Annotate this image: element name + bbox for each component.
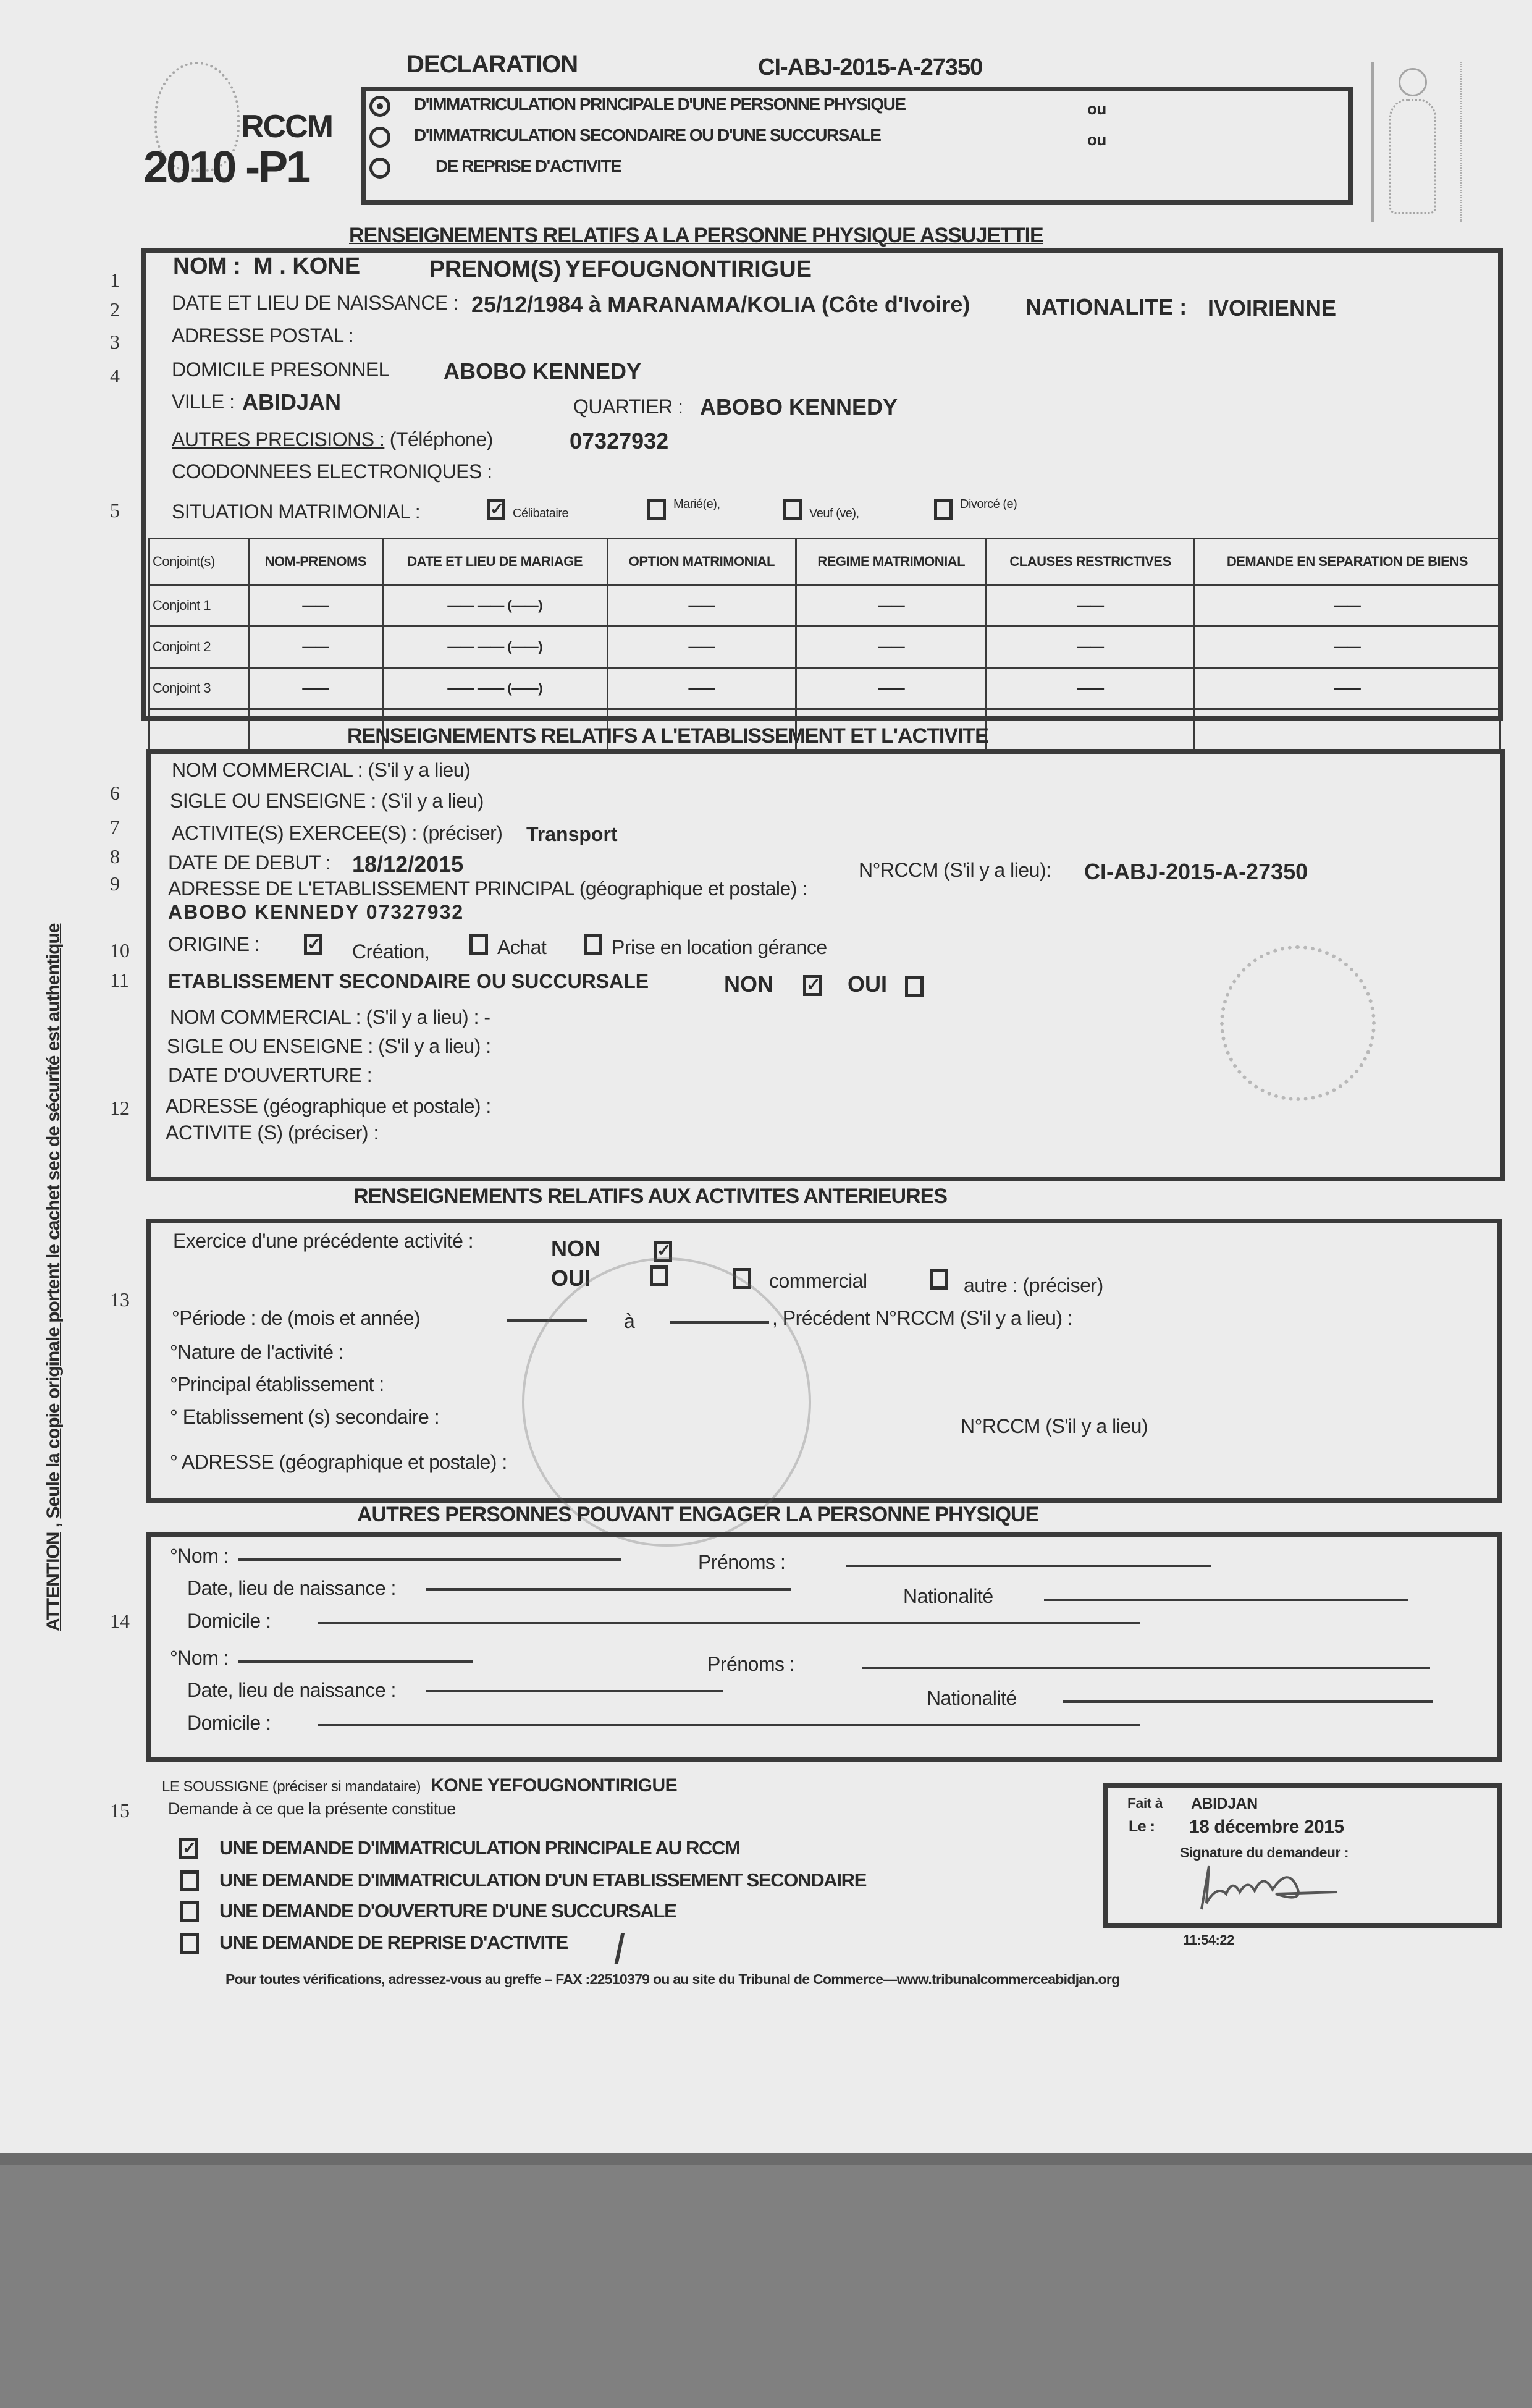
form-code-number: 2010 -P1 [143,142,309,193]
le-label: Le : [1129,1818,1155,1836]
table-cell[interactable]: —— [1194,585,1500,627]
telephone-value: 07327932 [570,428,668,454]
timestamp: 11:54:22 [1183,1932,1234,1948]
table-cell[interactable]: —— —— (——) [382,668,607,709]
sigle-label: SIGLE OU ENSEIGNE : (S'il y a lieu) [170,790,484,813]
demande-checkbox[interactable] [180,1933,199,1954]
person-nom-field[interactable] [238,1660,473,1663]
table-cell[interactable] [1194,709,1500,751]
person-domicile-label[interactable]: Domicile : [187,1712,271,1734]
sec-nom-commercial-label: NOM COMMERCIAL : (S'il y a lieu) : - [170,1006,490,1029]
exercice-label: Exercice d'une précédente activité : [173,1230,473,1253]
person-nationalite-label[interactable]: Nationalité [927,1687,1017,1710]
section-title-etablissement: RENSEIGNEMENTS RELATIFS A L'ETABLISSEMEN… [347,724,988,748]
declaration-type-suffix[interactable]: ou [1087,99,1106,119]
nom-label: NOM : [173,253,240,280]
origine-option-label[interactable]: Création, [352,940,429,963]
declaration-type-radio[interactable] [369,158,390,179]
situation-checkbox[interactable]: ✓ [487,499,505,520]
telephone-label: (Téléphone) [390,428,493,450]
scan-edge [0,2153,1532,2165]
declaration-reference: CI-ABJ-2015-A-27350 [758,54,982,81]
line-number[interactable]: 13 [110,1288,130,1311]
table-cell[interactable]: —— —— (——) [382,627,607,668]
activites-label: ACTIVITE(S) EXERCEE(S) : (préciser) [172,822,502,845]
situation-option-label[interactable]: Divorcé (e) [960,497,1017,512]
table-cell[interactable] [987,709,1194,751]
demande-checkbox[interactable]: ✓ [179,1838,198,1859]
situation-option-label[interactable]: Célibataire [513,507,568,521]
conjoint-label[interactable]: Conjoint 1 [149,585,249,627]
person-prenoms-label[interactable]: Prénoms : [707,1653,794,1676]
person-nationalite-label[interactable]: Nationalité [903,1585,993,1608]
principal-label: °Principal établissement : [170,1373,384,1396]
nationalite-value: IVOIRIENNE [1208,295,1336,321]
exercice-non-label: NON [551,1236,600,1262]
le-value: 18 décembre 2015 [1189,1817,1344,1838]
person-naissance-label[interactable]: Date, lieu de naissance : [187,1577,396,1600]
table-row[interactable]: Conjoint 2———— —— (——)———————— [149,627,1500,668]
attention-note: ATTENTION , Seule la copie originale por… [43,924,64,1631]
table-cell[interactable]: —— [987,585,1194,627]
situation-checkbox[interactable] [783,499,802,520]
demande-checkbox[interactable] [180,1901,199,1922]
nom-value: M . KONE [253,253,360,280]
table-cell[interactable]: —— [249,668,383,709]
person-prenoms-field[interactable] [862,1667,1430,1669]
line-number[interactable]: 8 [110,845,120,868]
line-number[interactable]: 6 [110,782,120,805]
ant-adresse-label: ° ADRESSE (géographique et postale) : [170,1451,507,1474]
demande-option-label[interactable]: UNE DEMANDE D'IMMATRICULATION D'UN ETABL… [219,1869,866,1891]
origine-checkbox[interactable]: ✓ [304,934,322,955]
footer-note: Pour toutes vérifications, adressez-vous… [225,1971,1120,1988]
person-prenoms-field[interactable] [846,1565,1211,1567]
table-cell[interactable]: —— [796,627,987,668]
table-cell[interactable]: —— [1194,627,1500,668]
declaration-type-label[interactable]: D'IMMATRICULATION SECONDAIRE OU D'UNE SU… [414,125,880,145]
table-cell[interactable]: —— [607,585,796,627]
prenom-value: YEFOUGNONTIRIGUE [565,256,812,283]
line-number[interactable]: 4 [110,365,120,387]
ant-nrccm-label: N°RCCM (S'il y a lieu) [961,1415,1148,1438]
precedent-nrccm-label: , Précédent N°RCCM (S'il y a lieu) : [772,1307,1072,1330]
soussigne-value: KONE YEFOUGNONTIRIGUE [431,1775,677,1796]
table-header[interactable]: OPTION MATRIMONIAL [607,539,796,585]
origine-label: ORIGINE : [168,933,259,956]
form-code-rccm: RCCM [241,108,332,145]
demande-option-label[interactable]: UNE DEMANDE D'IMMATRICULATION PRINCIPALE… [219,1837,740,1859]
table-cell[interactable]: —— [987,627,1194,668]
declaration-type-radio[interactable] [369,127,390,148]
conjoint-label[interactable] [149,709,249,751]
sec-activite-label: ACTIVITE (S) (préciser) : [166,1122,379,1144]
person-domicile-label[interactable]: Domicile : [187,1610,271,1633]
date-debut-label: DATE DE DEBUT : [168,851,330,874]
situation-checkbox[interactable] [647,499,666,520]
adresse-postal-label: ADRESSE POSTAL : [172,324,353,347]
table-cell[interactable]: —— [796,668,987,709]
table-cell[interactable]: —— [796,585,987,627]
nationalite-label: NATIONALITE : [1025,294,1187,320]
justice-statue-icon [1371,62,1462,222]
soussigne-label-text: LE SOUSSIGNE (préciser si mandataire) [162,1778,421,1795]
nature-label: °Nature de l'activité : [170,1341,343,1364]
domicile-label: DOMICILE PRESONNEL [172,358,389,381]
table-cell[interactable]: —— —— (——) [382,585,607,627]
fait-label: Fait à [1127,1795,1163,1812]
declaration-type-suffix[interactable]: ou [1087,130,1106,150]
declaration-type-radio[interactable] [369,96,390,117]
declaration-type-label[interactable]: DE REPRISE D'ACTIVITE [436,156,621,176]
secondaire-non-label: NON [724,971,773,997]
prenom-label: PRENOM(S) : [429,256,574,283]
attention-text: Seule la copie originale portent le cach… [43,924,64,1519]
table-cell[interactable]: —— [607,627,796,668]
person-domicile-field[interactable] [318,1622,1140,1624]
table-cell[interactable]: —— [249,585,383,627]
constitue-label: Demande à ce que la présente constitue [168,1799,456,1819]
line-number[interactable]: 15 [110,1799,130,1822]
soussigne-label: LE SOUSSIGNE (préciser si mandataire) KO… [162,1775,677,1796]
nrccm-value: CI-ABJ-2015-A-27350 [1084,859,1308,885]
person-nationalite-field[interactable] [1063,1700,1433,1703]
coordonnees-label: COODONNEES ELECTRONIQUES : [172,460,492,483]
situation-option-label[interactable]: Marié(e), [673,497,720,512]
section-title-anterieures: RENSEIGNEMENTS RELATIFS AUX ACTIVITES AN… [353,1185,947,1209]
table-cell[interactable]: —— [1194,668,1500,709]
nrccm-label: N°RCCM (S'il y a lieu): [859,859,1051,882]
section-title-autres-personnes: AUTRES PERSONNES POUVANT ENGAGER LA PERS… [357,1503,1038,1527]
fait-value: ABIDJAN [1191,1795,1258,1813]
autre-checkbox[interactable] [930,1269,948,1290]
table-header[interactable]: DEMANDE EN SEPARATION DE BIENS [1194,539,1500,585]
person-naissance-field[interactable] [426,1690,723,1692]
line-number[interactable]: 7 [110,816,120,839]
origine-option-label[interactable]: Achat [497,936,546,959]
periode-label: °Période : de (mois et année) [172,1307,420,1330]
situation-option-label[interactable]: Veuf (ve), [809,507,859,521]
demande-option-label[interactable]: UNE DEMANDE DE REPRISE D'ACTIVITE [219,1932,568,1954]
declaration-title: DECLARATION [406,51,578,78]
autres-personnes-box [146,1532,1502,1762]
table-header[interactable]: DATE ET LIEU DE MARIAGE [382,539,607,585]
conjoints-table: Conjoint(s)NOM-PRENOMSDATE ET LIEU DE MA… [148,538,1501,751]
origine-checkbox[interactable] [469,934,488,955]
demande-checkbox[interactable] [180,1870,199,1891]
quartier-value: ABOBO KENNEDY [700,394,898,420]
person-domicile-field[interactable] [318,1724,1140,1726]
sec-sigle-label: SIGLE OU ENSEIGNE : (S'il y a lieu) : [167,1035,491,1058]
naissance-value: 25/12/1984 à MARANAMA/KOLIA (Côte d'Ivoi… [471,292,970,318]
commercial-label: commercial [769,1270,867,1293]
line-number[interactable]: 2 [110,298,120,321]
origine-option-label[interactable]: Prise en location gérance [612,936,827,959]
table-header[interactable]: REGIME MATRIMONIAL [796,539,987,585]
line-number[interactable]: 3 [110,331,120,353]
origine-checkbox[interactable] [584,934,602,955]
declaration-type-label[interactable]: D'IMMATRICULATION PRINCIPALE D'UNE PERSO… [414,95,906,114]
table-header[interactable]: Conjoint(s) [149,539,249,585]
conjoint-label[interactable]: Conjoint 3 [149,668,249,709]
line-number[interactable]: 1 [110,269,120,292]
table-cell[interactable]: —— [987,668,1194,709]
person-nom-field[interactable] [238,1558,621,1561]
table-row[interactable]: Conjoint 1———— —— (——)———————— [149,585,1500,627]
attention-label: ATTENTION [43,1532,64,1631]
naissance-label: DATE ET LIEU DE NAISSANCE : [172,292,458,315]
line-number[interactable]: 5 [110,499,120,522]
line-number[interactable]: 9 [110,872,120,895]
signature-scribble-icon [1195,1860,1344,1916]
person-naissance-field[interactable] [426,1588,791,1591]
person-naissance-label[interactable]: Date, lieu de naissance : [187,1679,396,1702]
situation-checkbox[interactable] [934,499,953,520]
autres-label: AUTRES PRECISIONS : (Téléphone) [172,428,493,451]
domicile-value: ABOBO KENNEDY [444,358,641,384]
table-cell[interactable]: —— [249,627,383,668]
signature-label: Signature du demandeur : [1180,1844,1349,1861]
secondaire-oui-label: OUI [848,971,887,997]
adresse-etab-label: ADRESSE DE L'ETABLISSEMENT PRINCIPAL (gé… [168,877,807,900]
table-header[interactable]: CLAUSES RESTRICTIVES [987,539,1194,585]
table-cell[interactable]: —— [607,668,796,709]
line-number[interactable]: 14 [110,1610,130,1633]
activites-value: Transport [526,823,618,846]
secondaire-label: ETABLISSEMENT SECONDAIRE OU SUCCURSALE [168,970,649,993]
nom-commercial-label: NOM COMMERCIAL : (S'il y a lieu) [172,759,470,782]
date-debut-value: 18/12/2015 [352,851,463,877]
situation-label: SITUATION MATRIMONIAL : [172,501,420,523]
person-nom-label[interactable]: °Nom : [170,1545,229,1568]
line-number[interactable]: 11 [110,969,129,992]
secondaire-oui-checkbox[interactable] [905,976,924,997]
conjoint-label[interactable]: Conjoint 2 [149,627,249,668]
section-title-personne: RENSEIGNEMENTS RELATIFS A LA PERSONNE PH… [349,224,1043,248]
autre-label: autre : (préciser) [964,1274,1103,1297]
autres-precisions-label: AUTRES PRECISIONS : [172,428,384,450]
table-row[interactable]: Conjoint 3———— —— (——)———————— [149,668,1500,709]
line-number[interactable]: 10 [110,939,130,962]
person-nationalite-field[interactable] [1044,1599,1408,1601]
sec-adresse-label: ADRESSE (géographique et postale) : [166,1095,491,1118]
ville-label: VILLE : [172,391,234,413]
quartier-label: QUARTIER : [573,395,683,418]
table-header[interactable]: NOM-PRENOMS [249,539,383,585]
person-prenoms-label[interactable]: Prénoms : [698,1551,785,1574]
ville-value: ABIDJAN [242,389,341,415]
line-number[interactable]: 12 [110,1097,130,1120]
adresse-etab-value: ABOBO KENNEDY 07327932 [168,901,464,924]
demande-option-label[interactable]: UNE DEMANDE D'OUVERTURE D'UNE SUCCURSALE [219,1900,676,1922]
person-nom-label[interactable]: °Nom : [170,1647,229,1670]
sec-date-label: DATE D'OUVERTURE : [168,1064,372,1087]
secondaire-non-checkbox[interactable]: ✓ [803,975,822,996]
etab-secondaire-label: ° Etablissement (s) secondaire : [170,1406,439,1429]
scales-stamp-icon [1220,945,1376,1101]
